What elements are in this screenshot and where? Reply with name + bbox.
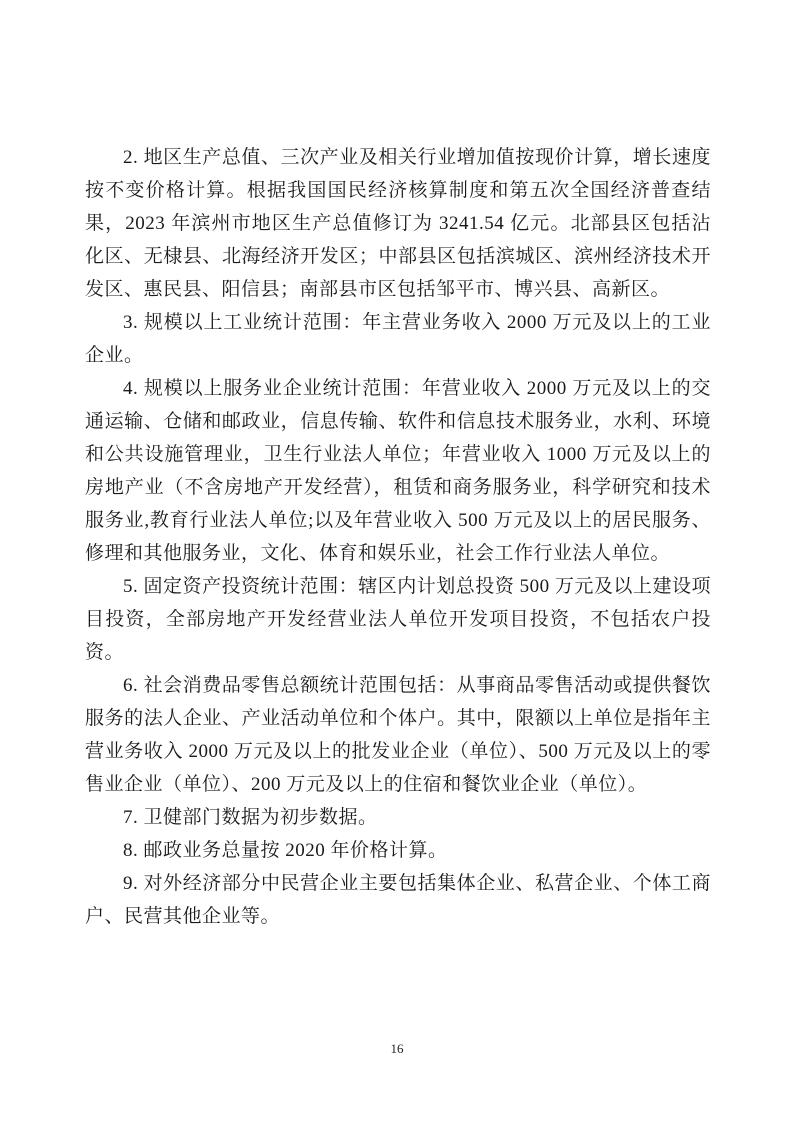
page-number: 16 xyxy=(0,1041,794,1057)
note-paragraph-8: 8. 邮政业务总量按 2020 年价格计算。 xyxy=(85,834,711,867)
notes-section: 2. 地区生产总值、三次产业及相关行业增加值按现价计算，增长速度按不变价格计算。… xyxy=(85,141,711,933)
note-paragraph-6: 6. 社会消费品零售总额统计范围包括：从事商品零售活动或提供餐饮服务的法人企业、… xyxy=(85,669,711,801)
document-page: 2. 地区生产总值、三次产业及相关行业增加值按现价计算，增长速度按不变价格计算。… xyxy=(0,0,794,1123)
note-paragraph-9: 9. 对外经济部分中民营企业主要包括集体企业、私营企业、个体工商户、民营其他企业… xyxy=(85,867,711,933)
note-paragraph-4: 4. 规模以上服务业企业统计范围：年营业收入 2000 万元及以上的交通运输、仓… xyxy=(85,372,711,570)
note-paragraph-3: 3. 规模以上工业统计范围：年主营业务收入 2000 万元及以上的工业企业。 xyxy=(85,306,711,372)
note-paragraph-2: 2. 地区生产总值、三次产业及相关行业增加值按现价计算，增长速度按不变价格计算。… xyxy=(85,141,711,306)
note-paragraph-5: 5. 固定资产投资统计范围：辖区内计划总投资 500 万元及以上建设项目投资，全… xyxy=(85,570,711,669)
note-paragraph-7: 7. 卫健部门数据为初步数据。 xyxy=(85,801,711,834)
